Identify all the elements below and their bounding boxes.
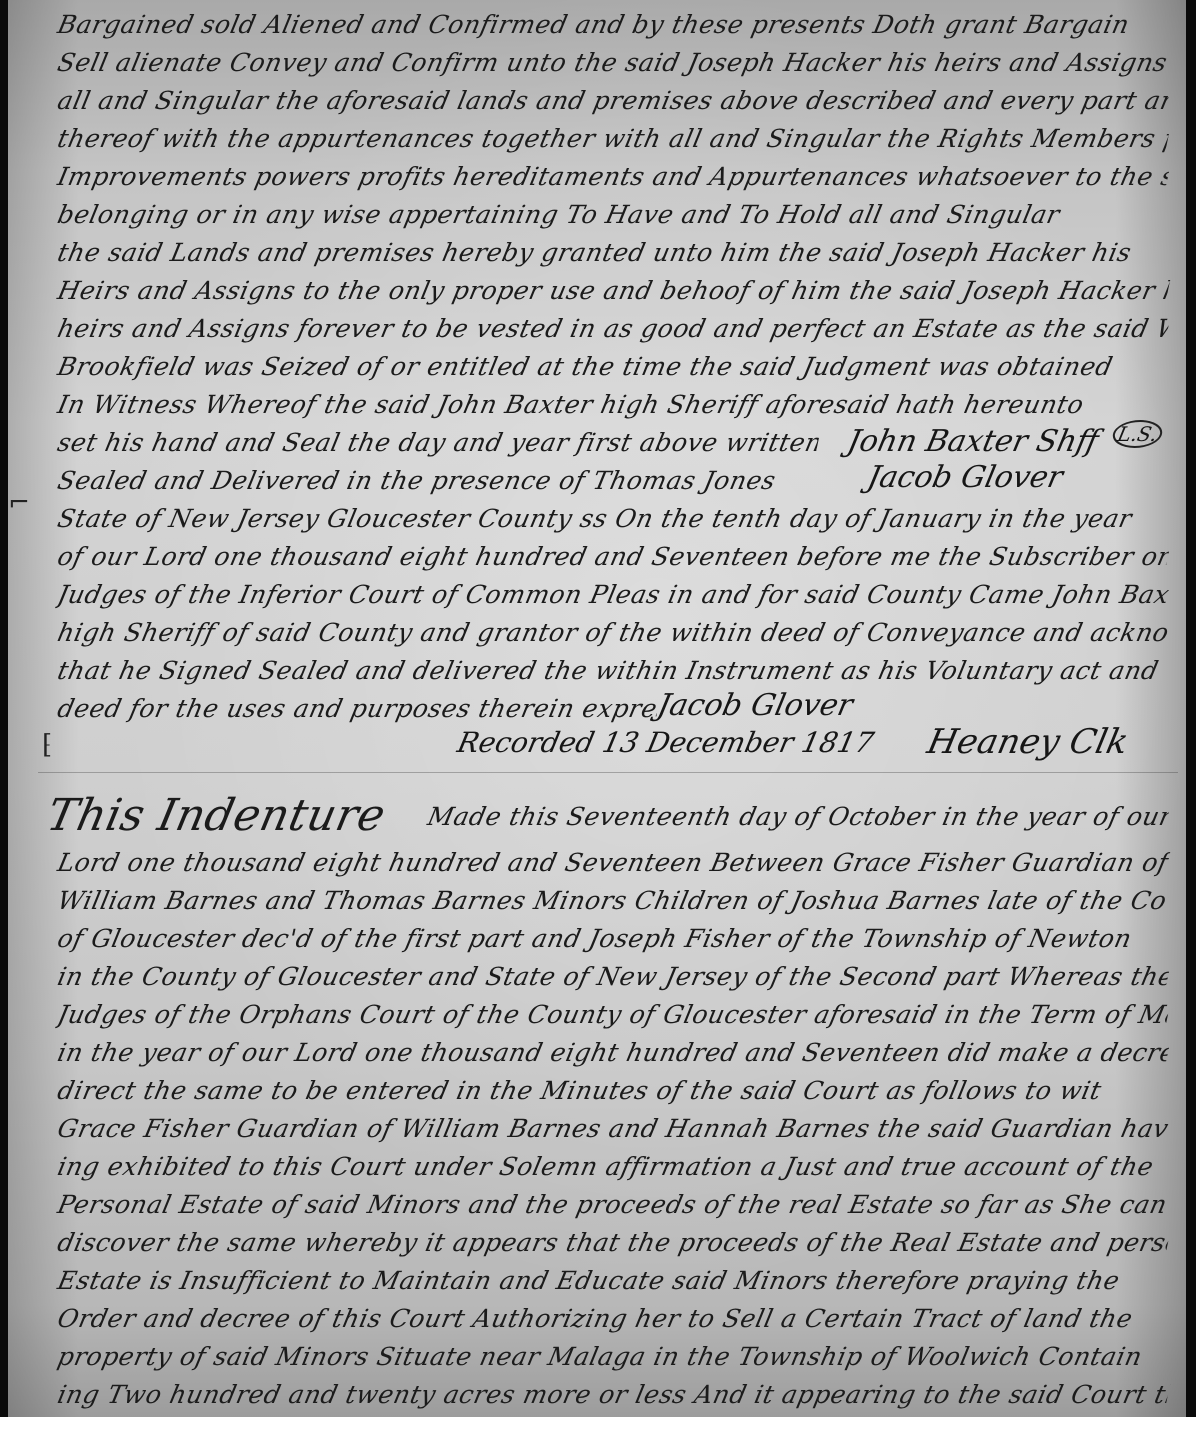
recorded-date: Recorded 13 December 1817 — [454, 726, 876, 759]
deed-line: in the County of Gloucester and State of… — [55, 962, 1171, 991]
deed-line: In Witness Whereof the said John Baxter … — [55, 390, 1171, 419]
judge-signature: Jacob Glover — [654, 688, 856, 723]
indenture-heading: This Indenture — [43, 790, 434, 841]
deed-line: Brookfield was Seized of or entitled at … — [55, 352, 1171, 381]
deed-line: in the year of our Lord one thousand eig… — [55, 1038, 1171, 1067]
deed-line: Heirs and Assigns to the only proper use… — [55, 276, 1171, 305]
deed-line: discover the same whereby it appears tha… — [55, 1228, 1171, 1257]
clerk-signature: Heaney Clk — [924, 722, 1132, 762]
deed-line: Grace Fisher Guardian of William Barnes … — [55, 1114, 1171, 1143]
deed-line: Made this Seventeenth day of October in … — [425, 802, 1171, 831]
deed-line: Improvements powers profits hereditament… — [55, 162, 1171, 191]
margin-mark-icon: ⁅ — [42, 730, 52, 760]
deed-line: Lord one thousand eight hundred and Seve… — [55, 848, 1171, 877]
deed-line: thereof with the appurtenances together … — [55, 124, 1171, 153]
witness-signature: Jacob Glover — [864, 460, 1066, 495]
scan-bottom-edge — [0, 1417, 1196, 1431]
deed-line: belonging or in any wise appertaining To… — [55, 200, 1171, 229]
deed-line: Sell alienate Convey and Confirm unto th… — [55, 48, 1171, 77]
divider — [38, 772, 1178, 773]
deed-line: direct the same to be entered in the Min… — [55, 1076, 1171, 1105]
deed-line: William Barnes and Thomas Barnes Minors … — [55, 886, 1171, 915]
deed-line: Judges of the Orphans Court of the Count… — [55, 1000, 1171, 1029]
deed-line: ing Two hundred and twenty acres more or… — [55, 1380, 1171, 1409]
deed-line: of our Lord one thousand eight hundred a… — [55, 542, 1171, 571]
deed-line: heirs and Assigns forever to be vested i… — [55, 314, 1171, 343]
deed-line: Judges of the Inferior Court of Common P… — [55, 580, 1171, 609]
seal-mark: L.S. — [1110, 420, 1165, 448]
deed-line: Estate is Insufficient to Maintain and E… — [55, 1266, 1171, 1295]
deed-line: high Sheriff of said County and grantor … — [55, 618, 1171, 647]
deed-line: State of New Jersey Gloucester County ss… — [55, 504, 1171, 533]
deed-line: property of said Minors Situate near Mal… — [55, 1342, 1171, 1371]
deed-line: Order and decree of this Court Authorizi… — [55, 1304, 1171, 1333]
deed-line: deed for the uses and purposes therein e… — [55, 694, 661, 723]
deed-line: ing exhibited to this Court under Solemn… — [55, 1152, 1171, 1181]
deed-page: Bargained sold Aliened and Confirmed and… — [8, 0, 1186, 1418]
deed-line: all and Singular the aforesaid lands and… — [55, 86, 1171, 115]
sheriff-signature: John Baxter Shff — [844, 424, 1101, 459]
deed-line: Personal Estate of said Minors and the p… — [55, 1190, 1171, 1219]
deed-line: set his hand and Seal the day and year f… — [55, 428, 821, 457]
deed-line: of Gloucester dec'd of the first part an… — [55, 924, 1171, 953]
deed-line: that he Signed Sealed and delivered the … — [55, 656, 1171, 685]
margin-bracket-icon: ⌐ — [8, 488, 30, 518]
deed-line: the said Lands and premises hereby grant… — [55, 238, 1171, 267]
deed-line: Sealed and Delivered in the presence of … — [55, 466, 841, 495]
deed-line: Bargained sold Aliened and Confirmed and… — [55, 10, 1171, 39]
